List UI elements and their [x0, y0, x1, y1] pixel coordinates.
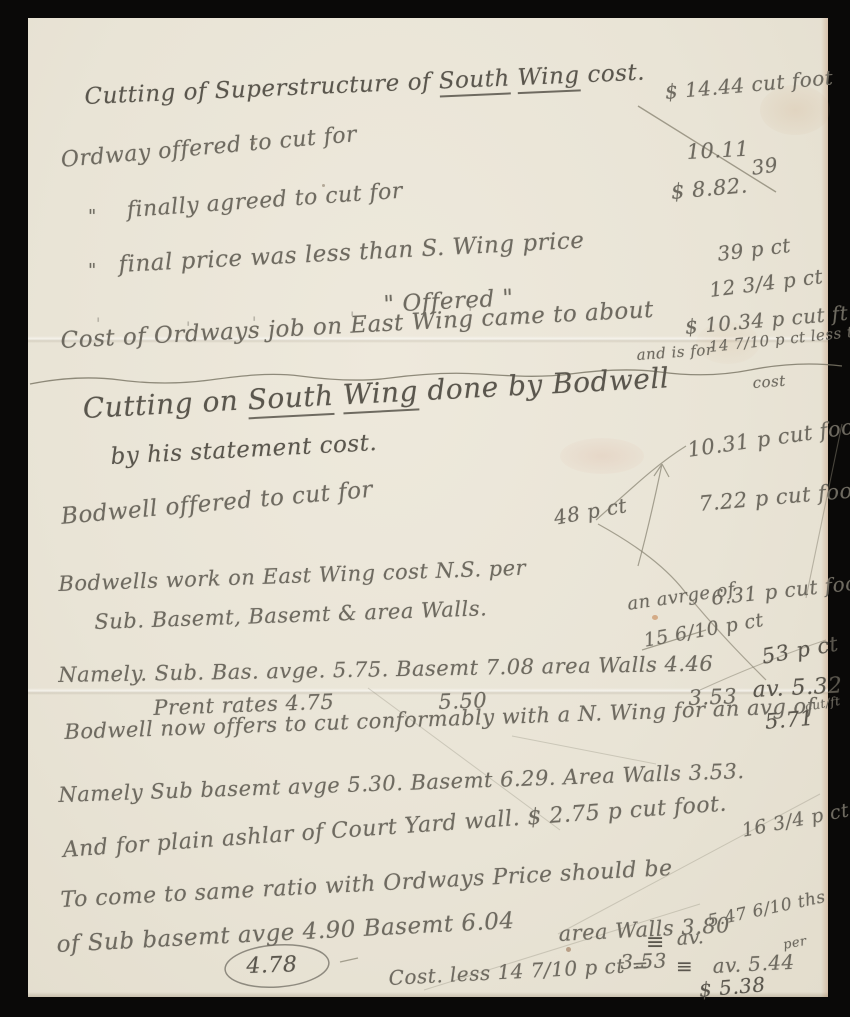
underlined-word-south: South	[438, 65, 510, 97]
annotation-av-word: av.	[676, 926, 705, 950]
ditto-mark: "	[88, 206, 97, 227]
equiv-sign-2: ≡	[676, 954, 693, 978]
photographed-document: Cutting of Superstructure of South Wing …	[0, 0, 850, 1017]
underlined-word-south2: South	[247, 379, 335, 419]
annotation-offer-price: 10.11	[686, 137, 750, 164]
annotation-cost-word: cost	[752, 372, 786, 392]
underlined-word-wing2: Wing	[342, 374, 419, 414]
value-353b: 3.53	[620, 948, 667, 974]
paper-right-edge	[821, 18, 828, 997]
ditto-mark: "	[88, 260, 97, 281]
circled-value-478: 4.78	[246, 952, 298, 979]
annotation-538: $ 5.38	[698, 972, 766, 1002]
title-text-post: cost.	[579, 60, 645, 89]
annotation-39: 39	[750, 152, 780, 179]
underlined-word-wing: Wing	[517, 62, 580, 94]
